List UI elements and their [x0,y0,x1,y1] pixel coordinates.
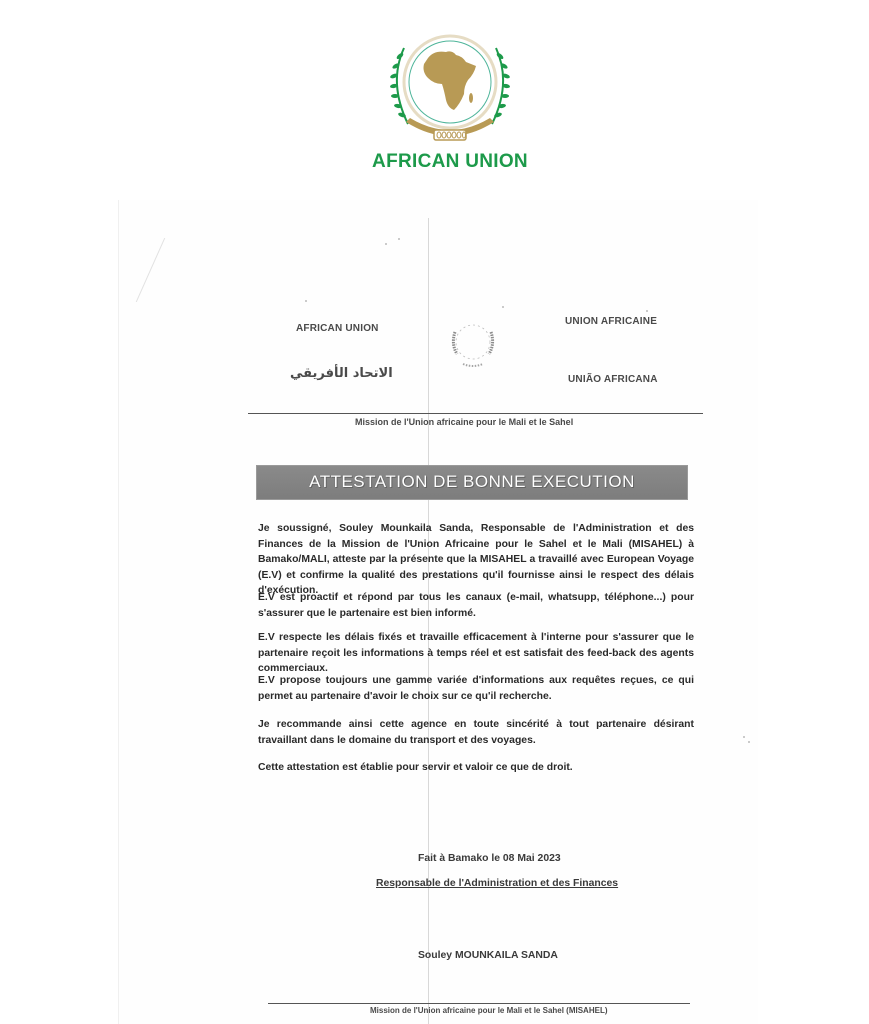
scan-speck [743,736,745,738]
signer-name: Souley MOUNKAILA SANDA [418,950,558,961]
paragraph-proactive: E.V est proactif et répond par tous les … [258,590,694,621]
scan-speck [398,238,400,240]
scan-speck [646,310,648,312]
letterhead-portuguese: UNIÃO AFRICANA [568,374,658,385]
paragraph-recommendation: Je recommande ainsi cette agence en tout… [258,717,694,748]
footer-mission: Mission de l'Union africaine pour le Mal… [370,1006,608,1015]
scan-speck [305,300,307,302]
paragraph-deadlines: E.V respecte les délais fixés et travail… [258,630,694,677]
footer-divider [268,1003,690,1004]
letterhead-french: UNION AFRICAINE [565,316,657,327]
letterhead-divider [248,413,703,414]
scan-edge [118,200,119,1024]
scan-speck [385,243,387,245]
document-title: ATTESTATION DE BONNE EXECUTION [257,472,687,492]
scan-speck [502,306,504,308]
african-union-seal-icon [443,318,503,370]
letterhead-arabic: الاتحاد الأفريقي [290,366,393,381]
page-fold-line [428,218,429,1024]
mission-subtitle: Mission de l'Union africaine pour le Mal… [355,417,573,427]
paragraph-intro: Je soussigné, Souley Mounkaila Sanda, Re… [258,521,694,599]
african-union-emblem-icon [382,28,518,150]
logo-title: AFRICAN UNION [370,151,530,173]
document-title-bar: ATTESTATION DE BONNE EXECUTION [256,465,688,500]
scan-speck [748,741,750,743]
place-and-date: Fait à Bamako le 08 Mai 2023 [418,853,561,864]
african-union-logo: AFRICAN UNION [370,28,530,178]
letterhead-english: AFRICAN UNION [296,323,379,334]
paragraph-offer: E.V propose toujours une gamme variée d'… [258,673,694,704]
paragraph-closing: Cette attestation est établie pour servi… [258,760,694,776]
signer-title: Responsable de l'Administration et des F… [376,878,618,889]
